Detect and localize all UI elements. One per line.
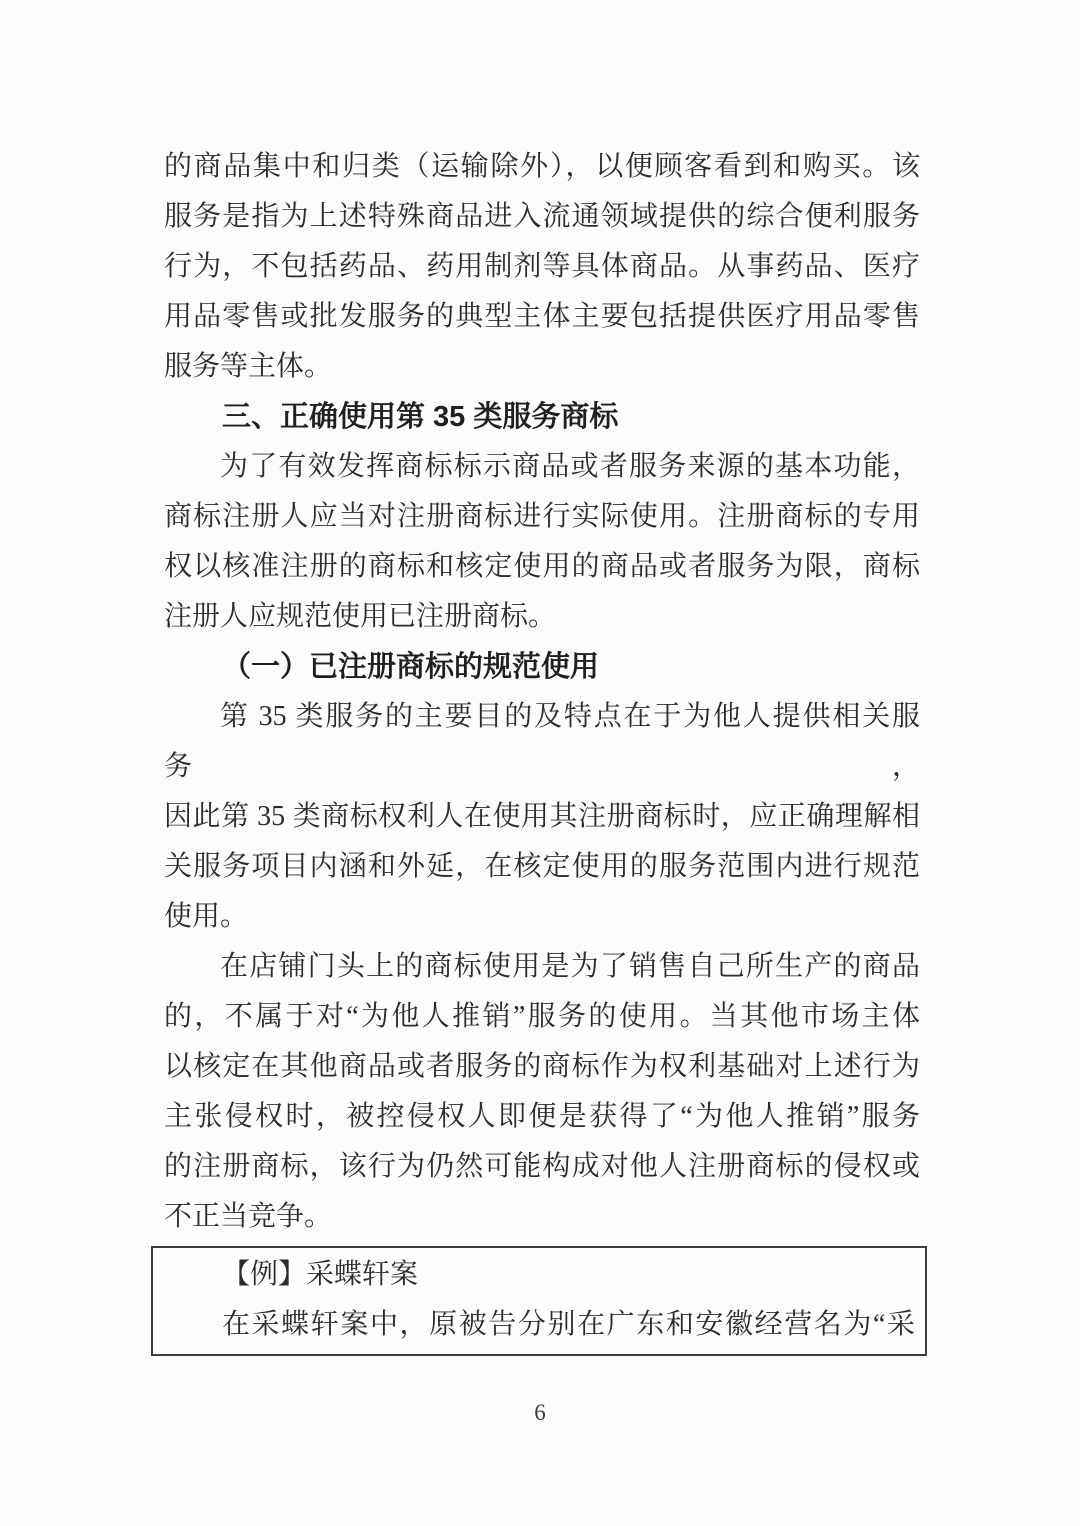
text-line: 的，不属于对“为他人推销”服务的使用。当其他市场主体 xyxy=(164,992,920,1042)
text-line: 使用。 xyxy=(164,892,920,942)
paragraph-retail-services: 的商品集中和归类（运输除外），以便顾客看到和购买。该 服务是指为上述特殊商品进入… xyxy=(164,142,920,392)
text-line: 不正当竞争。 xyxy=(164,1192,920,1242)
text-line: 的注册商标，该行为仍然可能构成对他人注册商标的侵权或 xyxy=(164,1142,920,1192)
text-line: 的商品集中和归类（运输除外），以便顾客看到和购买。该 xyxy=(164,142,920,192)
text-line: 主张侵权时，被控侵权人即便是获得了“为他人推销”服务 xyxy=(164,1092,920,1142)
document-body: 的商品集中和归类（运输除外），以便顾客看到和购买。该 服务是指为上述特殊商品进入… xyxy=(164,142,920,1356)
text-line: 关服务项目内涵和外延，在核定使用的服务范围内进行规范 xyxy=(164,842,920,892)
text-line: 注册人应规范使用已注册商标。 xyxy=(164,592,920,642)
text-line: 权以核准注册的商标和核定使用的商品或者服务为限，商标 xyxy=(164,542,920,592)
paragraph-storefront-use: 在店铺门头上的商标使用是为了销售自己所生产的商品 的，不属于对“为他人推销”服务… xyxy=(164,942,920,1242)
page-number: 6 xyxy=(0,1400,1080,1426)
paragraph-class35-purpose: 第 35 类服务的主要目的及特点在于为他人提供相关服务， 因此第 35 类商标权… xyxy=(164,692,920,942)
text-line: 服务是指为上述特殊商品进入流通领域提供的综合便利服务 xyxy=(164,192,920,242)
text-line: 以核定在其他商品或者服务的商标作为权利基础对上述行为 xyxy=(164,1042,920,1092)
example-box: 【例】采蝶轩案 在采蝶轩案中，原被告分别在广东和安徽经营名为“采 xyxy=(151,1246,927,1356)
subsection-heading: （一）已注册商标的规范使用 xyxy=(164,642,920,692)
text-line: 在店铺门头上的商标使用是为了销售自己所生产的商品 xyxy=(164,942,920,992)
text-line: 用品零售或批发服务的典型主体主要包括提供医疗用品零售 xyxy=(164,292,920,342)
text-line: 行为，不包括药品、药用制剂等具体商品。从事药品、医疗 xyxy=(164,242,920,292)
text-line: 商标注册人应当对注册商标进行实际使用。注册商标的专用 xyxy=(164,492,920,542)
text-line: 服务等主体。 xyxy=(164,342,920,392)
document-page: 的商品集中和归类（运输除外），以便顾客看到和购买。该 服务是指为上述特殊商品进入… xyxy=(0,0,1080,1526)
paragraph-trademark-use: 为了有效发挥商标标示商品或者服务来源的基本功能， 商标注册人应当对注册商标进行实… xyxy=(164,442,920,642)
text-line: 第 35 类服务的主要目的及特点在于为他人提供相关服务， xyxy=(164,692,920,792)
section-heading: 三、正确使用第 35 类服务商标 xyxy=(164,392,920,442)
text-line: 因此第 35 类商标权利人在使用其注册商标时，应正确理解相 xyxy=(164,792,920,842)
example-title: 【例】采蝶轩案 xyxy=(166,1250,915,1300)
text-line: 为了有效发挥商标标示商品或者服务来源的基本功能， xyxy=(164,442,920,492)
example-body: 在采蝶轩案中，原被告分别在广东和安徽经营名为“采 xyxy=(166,1300,915,1350)
